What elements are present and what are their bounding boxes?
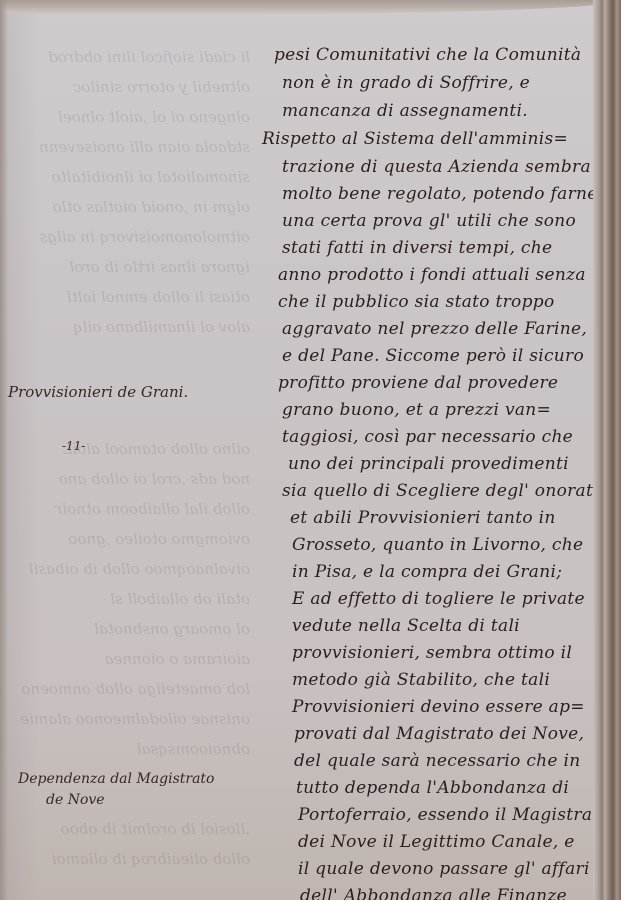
text-line: grano buono, et a prezzi van= — [282, 399, 551, 421]
text-line: una certa prova gl' utili che sono — [282, 210, 576, 232]
text-line: provvisionieri, sembra ottimo il — [292, 642, 572, 664]
text-line: sia quello di Scegliere degl' onorati, — [282, 480, 605, 502]
margin-note-dependenza: Dependenza dal Magistrato — [18, 769, 214, 789]
text-line: pesi Comunitativi che la Comunità — [274, 44, 581, 66]
text-line: che il pubblico sia stato troppo — [278, 291, 555, 313]
text-line: metodo già Stabilito, che tali — [292, 669, 550, 691]
text-line: trazione di questa Azienda sembra — [282, 156, 591, 178]
margin-note-dependenza-line2: de Nove — [46, 790, 105, 810]
text-line: uno dei principali provedimenti — [288, 453, 569, 475]
text-line: dei Nove il Legittimo Canale, e — [298, 831, 575, 853]
text-line: Rispetto al Sistema dell'amminis= — [262, 128, 568, 150]
ink-bleed-through: li ciadi sioficol ilini obdrod oltnebil … — [0, 0, 260, 900]
text-line: Provvisionieri devino essere ap= — [292, 696, 585, 718]
text-line: Grosseto, quanto in Livorno, che — [292, 534, 583, 556]
text-line: stati fatti in diversi tempi, che — [282, 237, 552, 259]
page-stack-edge — [593, 0, 621, 900]
manuscript-page: li ciadi sioficol ilini obdrod oltnebil … — [0, 0, 621, 900]
margin-mark: -11- — [62, 436, 85, 456]
text-line: del quale sarà necessario che in — [294, 750, 580, 772]
text-line: aggravato nel prezzo delle Farine, — [282, 318, 587, 340]
margin-note-provvisionieri: Provvisionieri de Grani. — [8, 382, 188, 402]
text-line: profitto proviene dal provedere — [278, 372, 558, 394]
text-line: dell' Abbondanza alle Finanze — [300, 885, 567, 900]
text-line: molto bene regolato, potendo farne — [282, 183, 598, 205]
text-line: in Pisa, e la compra dei Grani; — [292, 561, 562, 583]
text-line: provati dal Magistrato dei Nove, — [294, 723, 584, 745]
text-line: il quale devono passare gl' affari — [298, 858, 590, 880]
text-line: non è in grado di Soffrire, e — [282, 72, 530, 94]
text-line: mancanza di assegnamenti. — [282, 100, 528, 122]
text-line: taggiosi, così par necessario che — [282, 426, 573, 448]
text-line: Portoferraio, essendo il Magistrato — [298, 804, 610, 826]
text-line: tutto dependa l'Abbondanza di — [296, 777, 569, 799]
text-line: e del Pane. Siccome però il sicuro — [282, 345, 584, 367]
text-line: E ad effetto di togliere le private — [292, 588, 585, 610]
text-line: et abili Provvisionieri tanto in — [290, 507, 556, 529]
text-line: anno prodotto i fondi attuali senza — [278, 264, 586, 286]
text-line: vedute nella Scelta di tali — [292, 615, 520, 637]
